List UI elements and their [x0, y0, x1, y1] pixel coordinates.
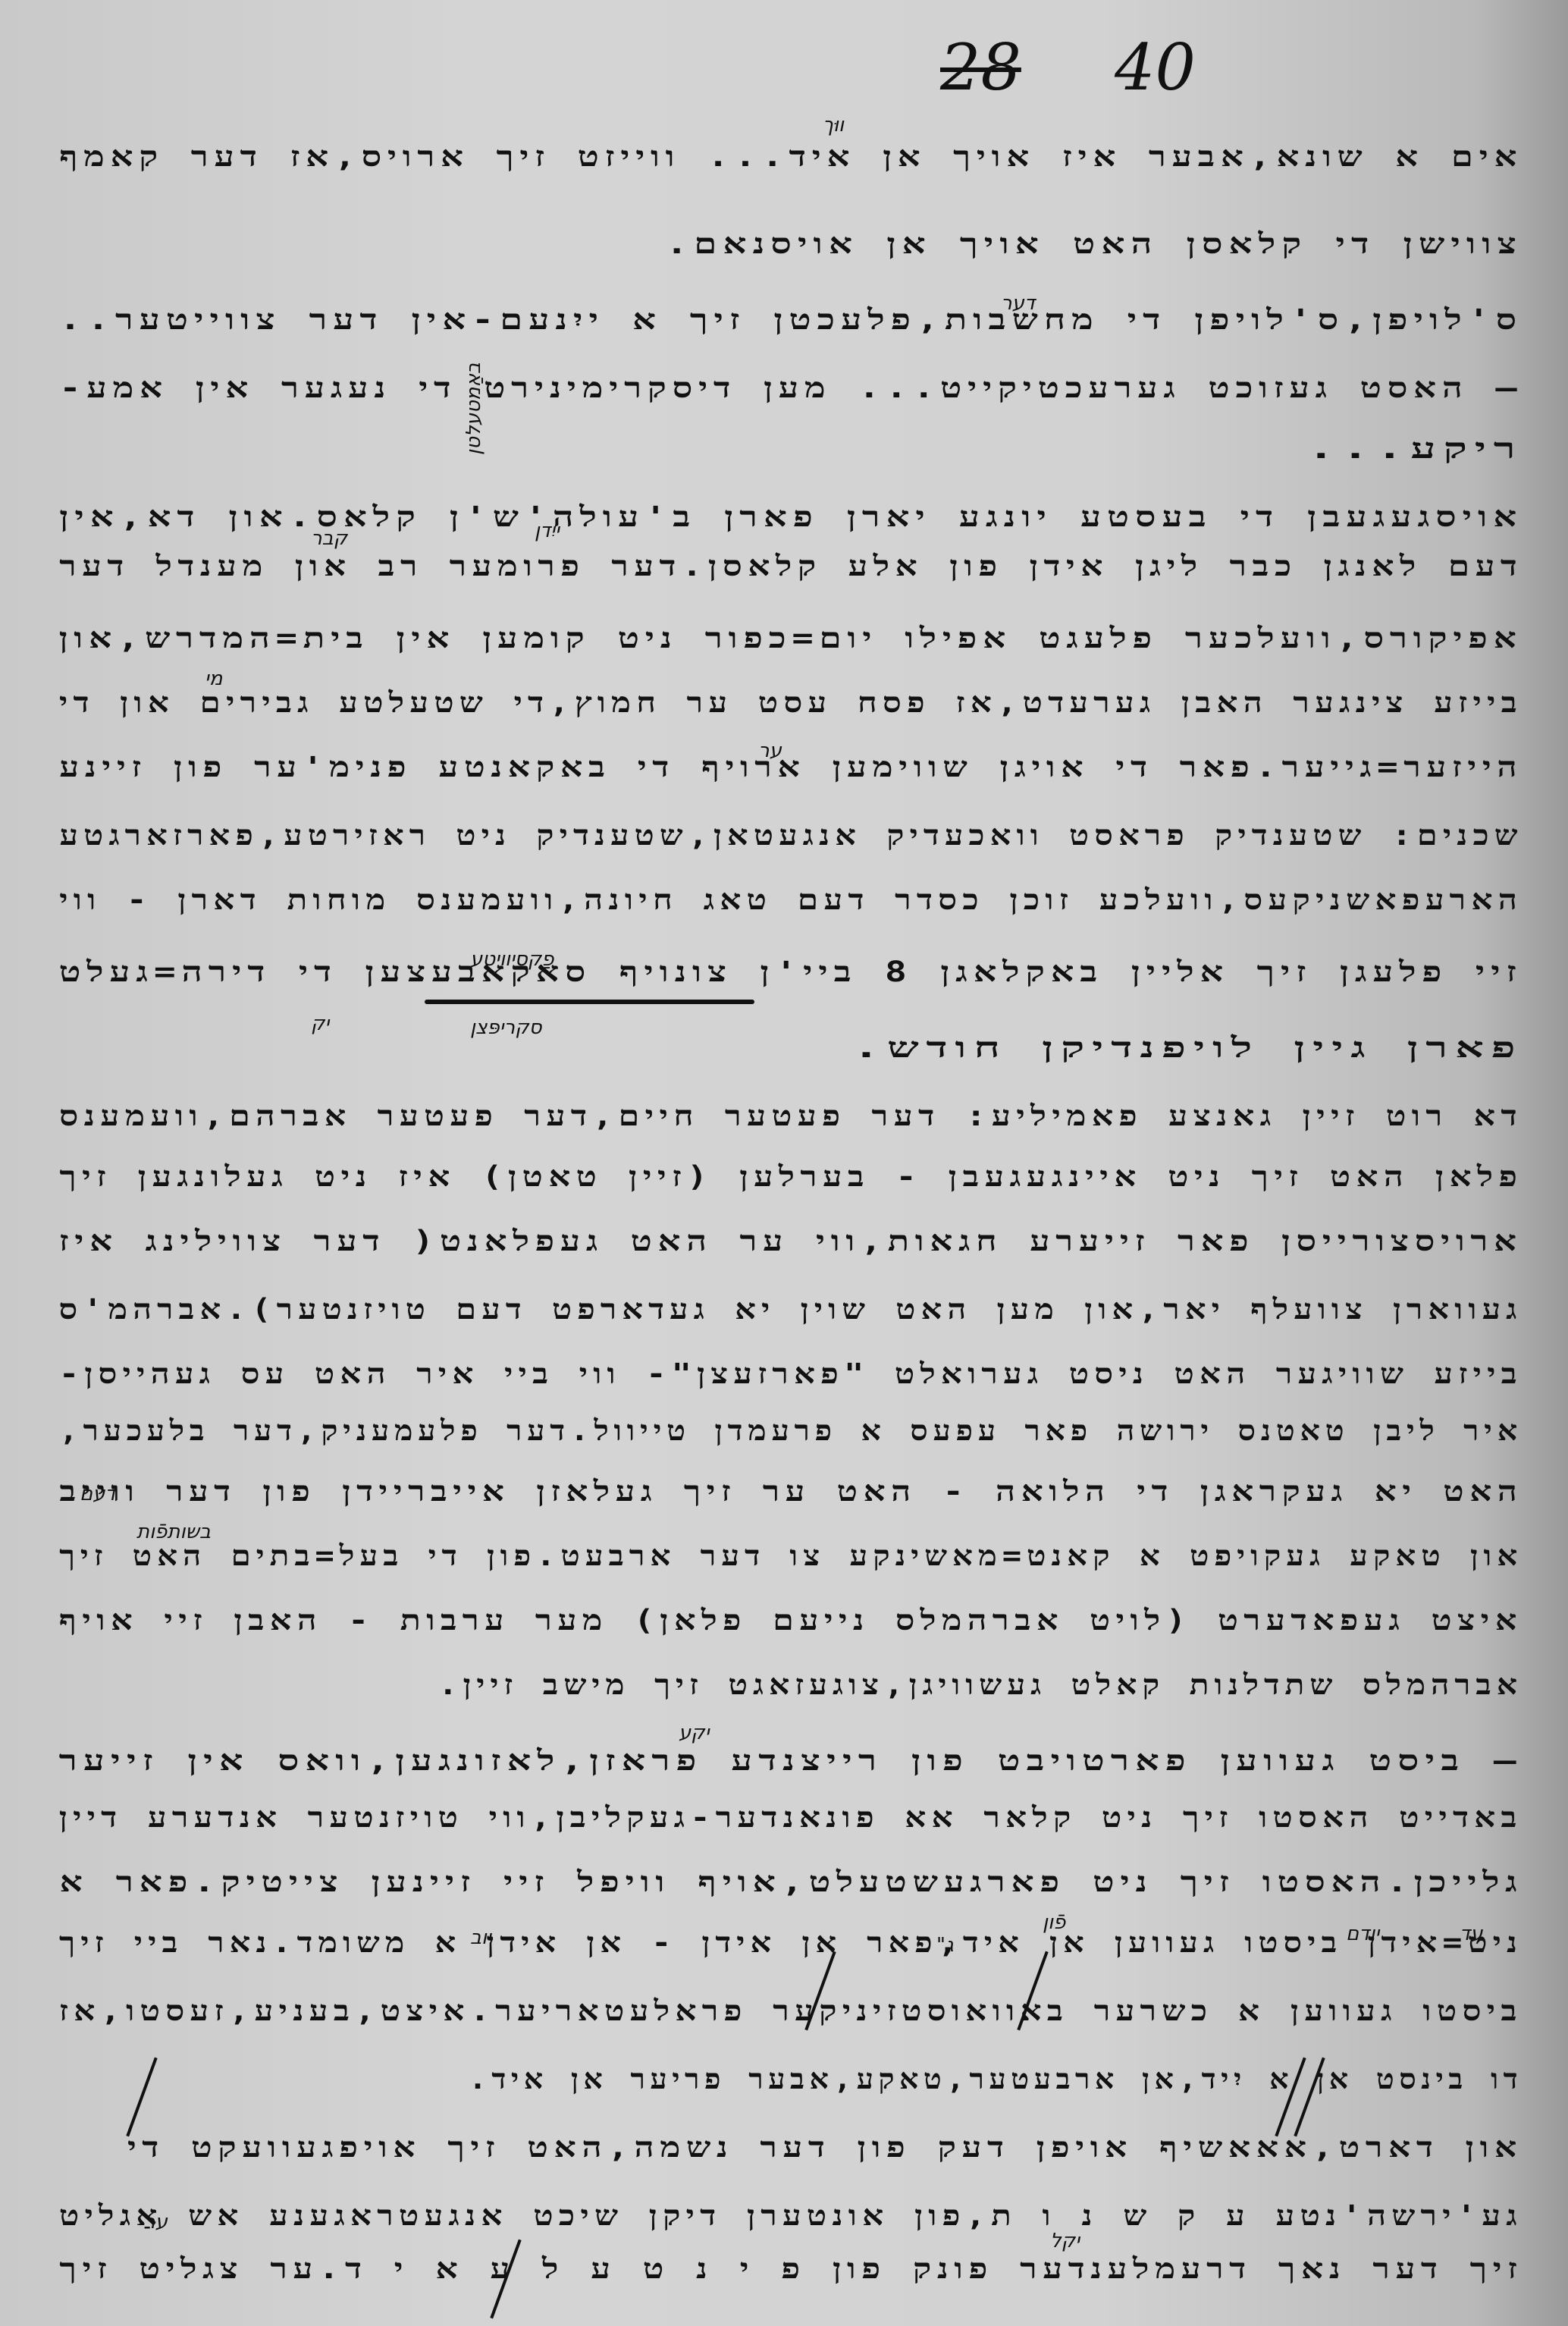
text-line: געווארן צוועלף יאר,און מען האט שוין יא ג…	[59, 1293, 1523, 1326]
page-number-crossed-out: 28	[940, 30, 1021, 105]
handwritten-note: פַקסיוויטע	[470, 948, 554, 971]
text-line: אים א שונא,אבער איז אויך אן איד... ווייז…	[59, 140, 1523, 174]
handwritten-note: פֿון	[1043, 1911, 1065, 1934]
handwritten-note: סקריפּצן	[470, 1016, 542, 1039]
text-line: אברהמלס שתדלנות קאלט געשוויגן,צוגעזאגט ז…	[438, 1668, 1523, 1702]
text-line: הארעפאשניקעס,וועלכע זוכן כסדר דעם טאג חי…	[59, 884, 1523, 917]
text-line: האט יא געקראגן די הלואה - האט ער זיך געל…	[59, 1475, 1523, 1508]
text-line: ריקע...	[1307, 432, 1523, 466]
handwritten-note: ער	[144, 2211, 168, 2233]
handwritten-note: ייִדן	[535, 520, 560, 542]
text-line: שכנים: שטענדיק פראסט וואכעדיק אנגעטאן,שט…	[59, 819, 1523, 852]
text-line: און דארט,אאאשיף אויפן דעק פון דער נשמה,ה…	[127, 2131, 1523, 2164]
handwritten-underline	[425, 1000, 754, 1004]
text-line: פלאן האט זיך ניט איינגעגעבן - בערלען (זי…	[59, 1160, 1523, 1194]
text-line: זיך דער נאך דרעמלענדער פונק פון פ י נ ט …	[59, 2252, 1523, 2286]
handwritten-note: דער	[1001, 292, 1035, 315]
text-line: ס'לויפן,ס'לויפן די מחשבות,פלעכטן זיך א י…	[59, 303, 1523, 337]
text-line: און טאקע געקויפט א קאנט=מאשינקע צו דער א…	[59, 1540, 1523, 1573]
text-line: באדייט האסטו זיך ניט קלאר אא פונאנדער-גע…	[59, 1801, 1523, 1835]
page-number: 40	[1115, 30, 1196, 105]
text-line: גלייכן.האסטו זיך ניט פארגעשטעלט,אויף ווי…	[59, 1866, 1523, 1899]
handwritten-strike	[126, 2058, 157, 2137]
text-line: גע'ירשה'נטע ע ק ש נ ו ת,פון אונטערן דיקן…	[59, 2199, 1523, 2233]
handwritten-note: יקע	[679, 1722, 710, 1744]
text-line: ארויסצורייסן פאר זייערע חגאות,ווי ער האט…	[59, 1225, 1523, 1258]
handwritten-note: מי	[205, 667, 222, 690]
text-line: — האסט געזוכט גערעכטיקייט... מען דיסקרימ…	[59, 372, 1523, 405]
handwritten-note: ער	[758, 739, 782, 762]
text-line: זיי פלעגן זיך אליין באקלאגן 8 ביי'ן צונו…	[59, 956, 1523, 989]
text-line: בייזע שוויגער האט ניסט גערואלט "פארזעצן"…	[59, 1358, 1523, 1391]
text-line: הייזער=גייער.פאר די אויגן שווימען ארויף …	[59, 751, 1523, 784]
handwritten-note: ווּך	[823, 114, 844, 137]
text-line: בייזע צינגער האבן גערעדט,אז פסח עסט ער ח…	[59, 686, 1523, 720]
text-line: פארן גיין לויפנדיקן חודש.	[852, 1031, 1523, 1065]
text-line: ביסטו געווען א כשרער באוואוסטזיניקער פרא…	[59, 1995, 1523, 2028]
handwritten-note: ג"	[936, 1934, 954, 1957]
text-line: ניט=אידן ביסטו געווען אן איד,פאר אן אידן…	[59, 1926, 1523, 1960]
text-line: איר ליבן טאטנס ירושה פאר עפעס א פרעמדן ט…	[59, 1414, 1523, 1448]
text-line: דעם לאנגן כבר ליגן אידן פון אלע קלאסן.דע…	[59, 550, 1523, 583]
text-line: דו בינסט אן א יִיד,אן ארבעטער,טאקע,אבער …	[469, 2063, 1523, 2096]
handwritten-note: עד	[1460, 1923, 1482, 1945]
text-line: אויסגעגעבן די בעסטע יונגע יארן פארן ב'עו…	[59, 501, 1523, 534]
handwritten-note: יוב	[470, 1926, 491, 1949]
handwritten-note: יק	[311, 1012, 329, 1035]
handwritten-note: דעם	[80, 1483, 116, 1505]
text-line: צווישן די קלאסן האט אויך אן אויסנאם.	[666, 228, 1523, 261]
handwritten-note: יקל	[1050, 2230, 1080, 2252]
text-line: דא רוט זיין גאנצע פאמיליע: דער פעטער חיי…	[59, 1100, 1523, 1133]
handwritten-note: יודם	[1346, 1923, 1379, 1945]
text-line: איצט געפאדערט (לויט אברהמלס נייעם פלאן) …	[59, 1604, 1523, 1637]
document-page: 28 40 אים א שונא,אבער איז אויך אן איד...…	[0, 0, 1568, 2326]
handwritten-note: באַמטעלטן	[463, 363, 485, 455]
handwritten-note: קבר	[311, 527, 347, 550]
handwritten-note: בשותפֿות	[136, 1521, 211, 1543]
text-line: — ביסט געווען פארטויבט פון רייצנדע פראזן…	[59, 1744, 1523, 1778]
text-line: אפיקורס,וועלכער פלעגט אפילו יום=כפור ניט…	[59, 622, 1523, 655]
